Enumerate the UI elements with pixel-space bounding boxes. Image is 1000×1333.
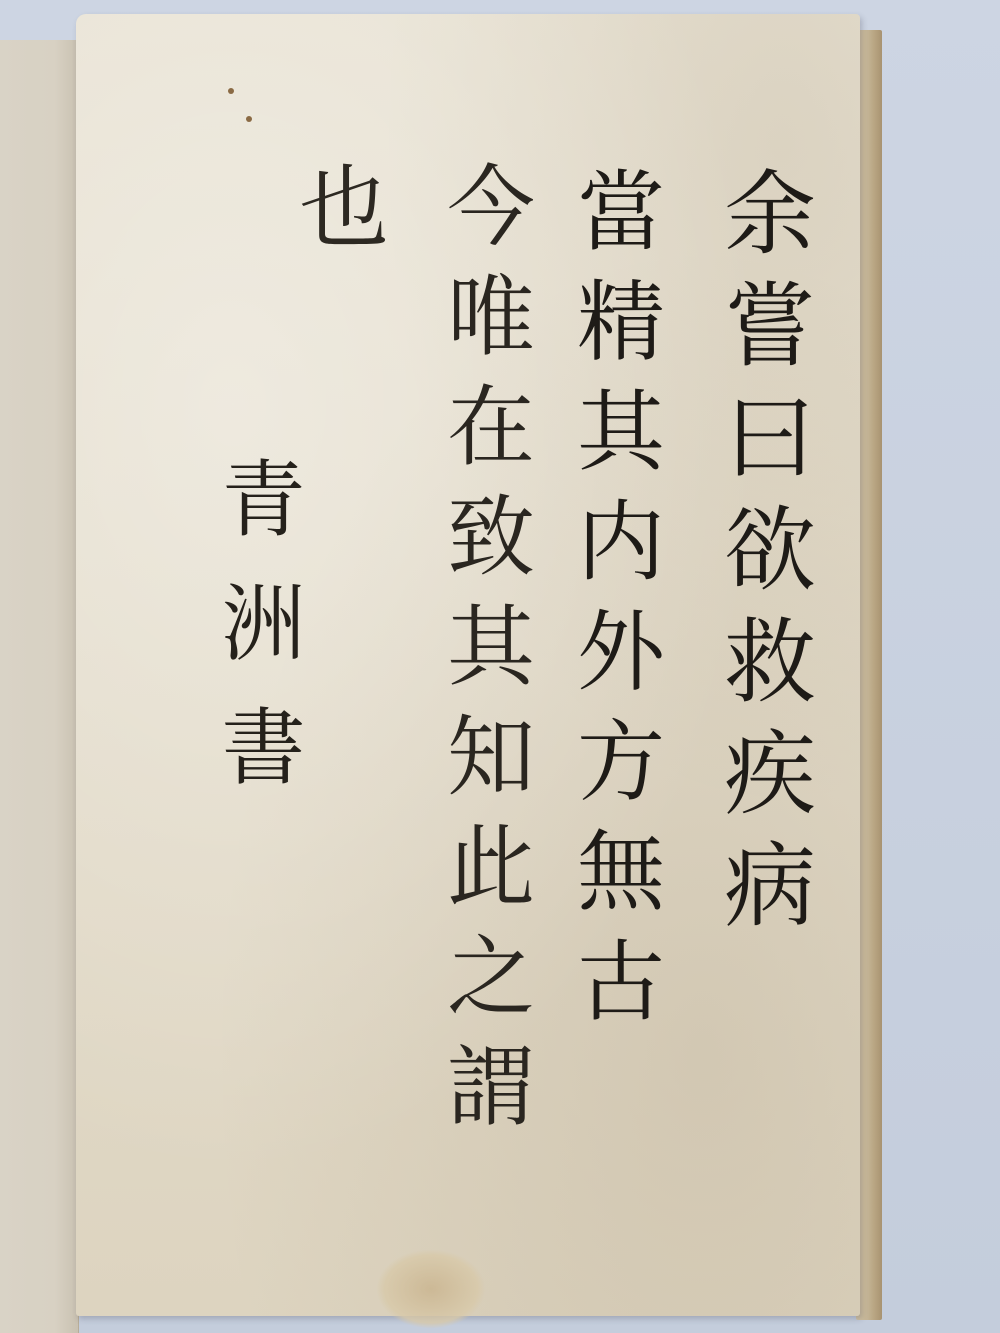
left-facing-page [0, 40, 79, 1333]
signature: 青洲書 [215, 455, 299, 827]
paper-tear [376, 1249, 486, 1329]
text-column-1: 余嘗曰欲救疾病 [716, 165, 808, 949]
worm-hole [228, 88, 234, 94]
page-stack-edge [866, 30, 882, 1320]
text-column-3: 今唯在致其知此之謂 [440, 160, 528, 1150]
text-column-4: 也 [290, 160, 380, 270]
photo-scene: 余嘗曰欲救疾病 當精其内外方無古 今唯在致其知此之謂 也 青洲書 [0, 0, 1000, 1333]
text-column-2: 當精其内外方無古 [570, 165, 658, 1045]
worm-hole [246, 116, 252, 122]
